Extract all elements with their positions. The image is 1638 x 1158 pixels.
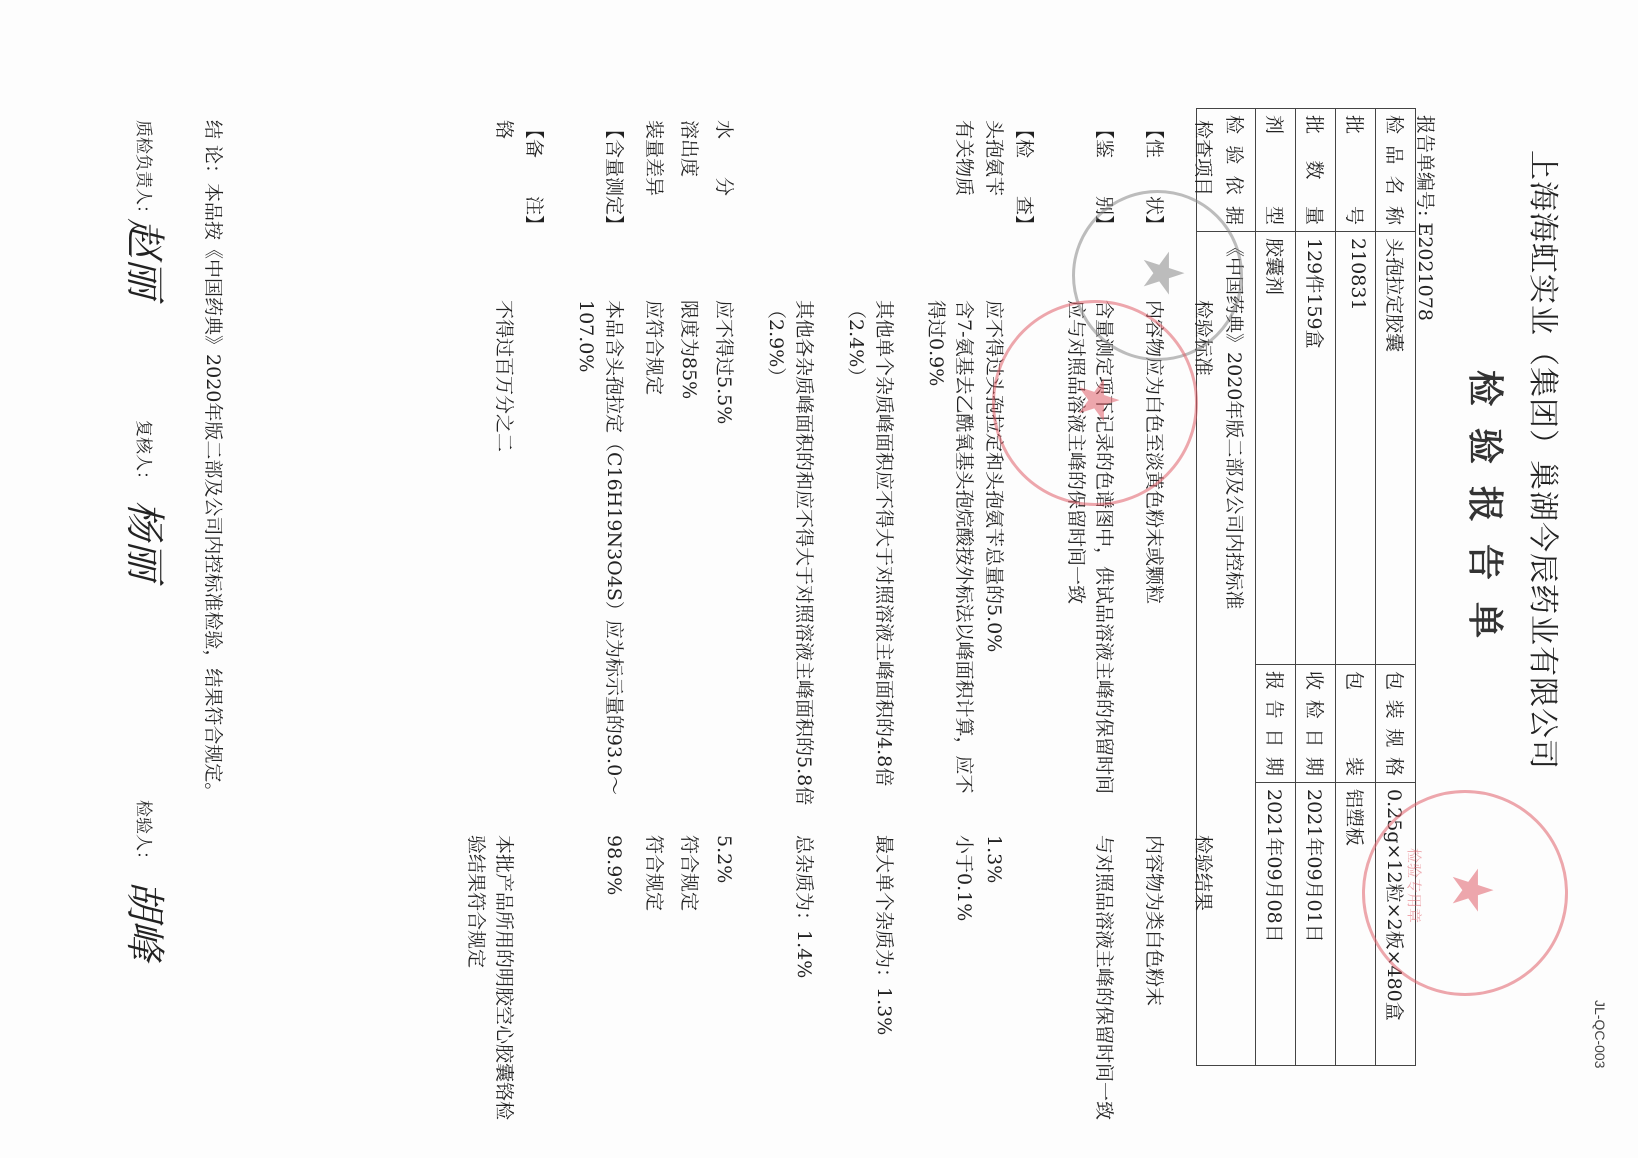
test-result: 小于0.1% <box>950 835 978 1135</box>
test-item: 装量差异 <box>640 120 668 196</box>
test-standard: 其他各杂质峰面积的和应不得大于对照溶液主峰面积的5.8倍（2.9%） <box>762 300 818 810</box>
test-result: 5.2% <box>710 835 738 1135</box>
report-number: 报告单编号: E2021078 <box>1413 115 1440 321</box>
test-item: 铬 <box>490 120 518 139</box>
label-product-name: 检品名称 <box>1376 109 1416 232</box>
red-inspection-stamp: ★ <box>992 300 1198 506</box>
label-batch-quantity: 批 数 量 <box>1296 109 1336 232</box>
company-inspection-stamp: ★ 检验专用章 <box>1362 790 1568 996</box>
test-standard: 本品含头孢拉定（C16H19N3O4S）应为标示量的93.0～107.0% <box>572 300 628 810</box>
form-code: JL-QC-003 <box>1592 1000 1608 1068</box>
test-result: 符合规定 <box>675 835 703 1135</box>
conclusion: 结 论：本品按《中国药典》2020年版二部及公司内控标准检验，结果符合规定。 <box>201 120 228 801</box>
label-receive-date: 收检日期 <box>1296 665 1336 783</box>
label-packaging: 包 装 <box>1336 665 1376 783</box>
test-item: 有关物质 <box>950 120 978 196</box>
test-standard: 其他单个杂质峰面积应不得大于对照溶液主峰面积的4.8倍（2.4%） <box>842 300 898 810</box>
column-header-item: 检查项目 <box>1191 120 1218 196</box>
inspection-report-page: JL-QC-003 上海海虹实业（集团）巢湖今辰药业有限公司 检验报告单 报告单… <box>0 0 1638 1158</box>
reviewer-label: 复核人： <box>133 420 158 488</box>
stamp-subtext: 检验专用章 <box>1404 848 1425 923</box>
document-title: 检验报告单 <box>1462 370 1513 660</box>
inspector-signature: 胡峰 <box>119 880 176 960</box>
star-icon: ★ <box>1134 248 1190 298</box>
table-row: 剂 型 胶囊剂 报告日期 2021年09月08日 <box>1256 109 1296 1066</box>
report-number-value: E2021078 <box>1414 222 1436 321</box>
label-package-spec: 包装规格 <box>1376 665 1416 783</box>
test-item: 【检 查】 <box>1010 120 1038 234</box>
column-header-result: 检验结果 <box>1191 835 1218 911</box>
reviewer-signature: 杨丽 <box>119 500 176 580</box>
test-result: 本批产品所用的明胶空心胶囊铬检验结果符合规定 <box>462 835 518 1135</box>
value-batch-no: 210831 <box>1336 232 1376 665</box>
test-result: 总杂质为：1.4% <box>790 835 818 1135</box>
test-item: 水 分 <box>710 120 738 196</box>
report-number-label: 报告单编号: <box>1414 115 1436 216</box>
test-standard: 不得过百万分之二 <box>490 300 518 810</box>
test-result: 1.3% <box>980 835 1008 1135</box>
test-result: 最大单个杂质为：1.3% <box>870 835 898 1135</box>
label-dosage-form: 剂 型 <box>1256 109 1296 232</box>
test-result: 内容物为类白色粉末 <box>1140 835 1168 1135</box>
test-result: 符合规定 <box>640 835 668 1135</box>
value-dosage-form: 胶囊剂 <box>1256 232 1296 665</box>
qc-head-label: 质检负责人： <box>133 120 158 222</box>
inspector-label: 检验人： <box>133 800 158 868</box>
test-standard: 限度为85% <box>675 300 703 810</box>
value-product-name: 头孢拉定胶囊 <box>1376 232 1416 665</box>
test-standard: 应符合规定 <box>640 300 668 810</box>
star-icon: ★ <box>1069 375 1125 425</box>
company-name: 上海海虹实业（集团）巢湖今辰药业有限公司 <box>1524 150 1568 770</box>
label-batch-no: 批 号 <box>1336 109 1376 232</box>
test-item: 【含量测定】 <box>600 120 628 234</box>
test-item: 溶出度 <box>675 120 703 177</box>
test-result: 98.9% <box>600 835 628 1135</box>
test-standard: 应不得过5.5% <box>710 300 738 810</box>
test-item: 头孢氨苄 <box>980 120 1008 196</box>
test-standard: 含7-氨基去乙酰氧基头孢烷酸按外标法以峰面积计算，应不得过0.9% <box>922 300 978 810</box>
star-icon: ★ <box>1443 865 1499 915</box>
label-report-date: 报告日期 <box>1256 665 1296 783</box>
value-receive-date: 2021年09月01日 <box>1296 783 1336 1066</box>
value-report-date: 2021年09月08日 <box>1256 783 1296 1066</box>
test-result: 与对照品溶液主峰的保留时间一致 <box>1090 835 1118 1135</box>
value-batch-quantity: 129件159盒 <box>1296 232 1336 665</box>
table-row: 批 数 量 129件159盒 收检日期 2021年09月01日 <box>1296 109 1336 1066</box>
test-item: 【备 注】 <box>520 120 548 234</box>
qc-head-signature: 赵丽 <box>119 218 176 298</box>
